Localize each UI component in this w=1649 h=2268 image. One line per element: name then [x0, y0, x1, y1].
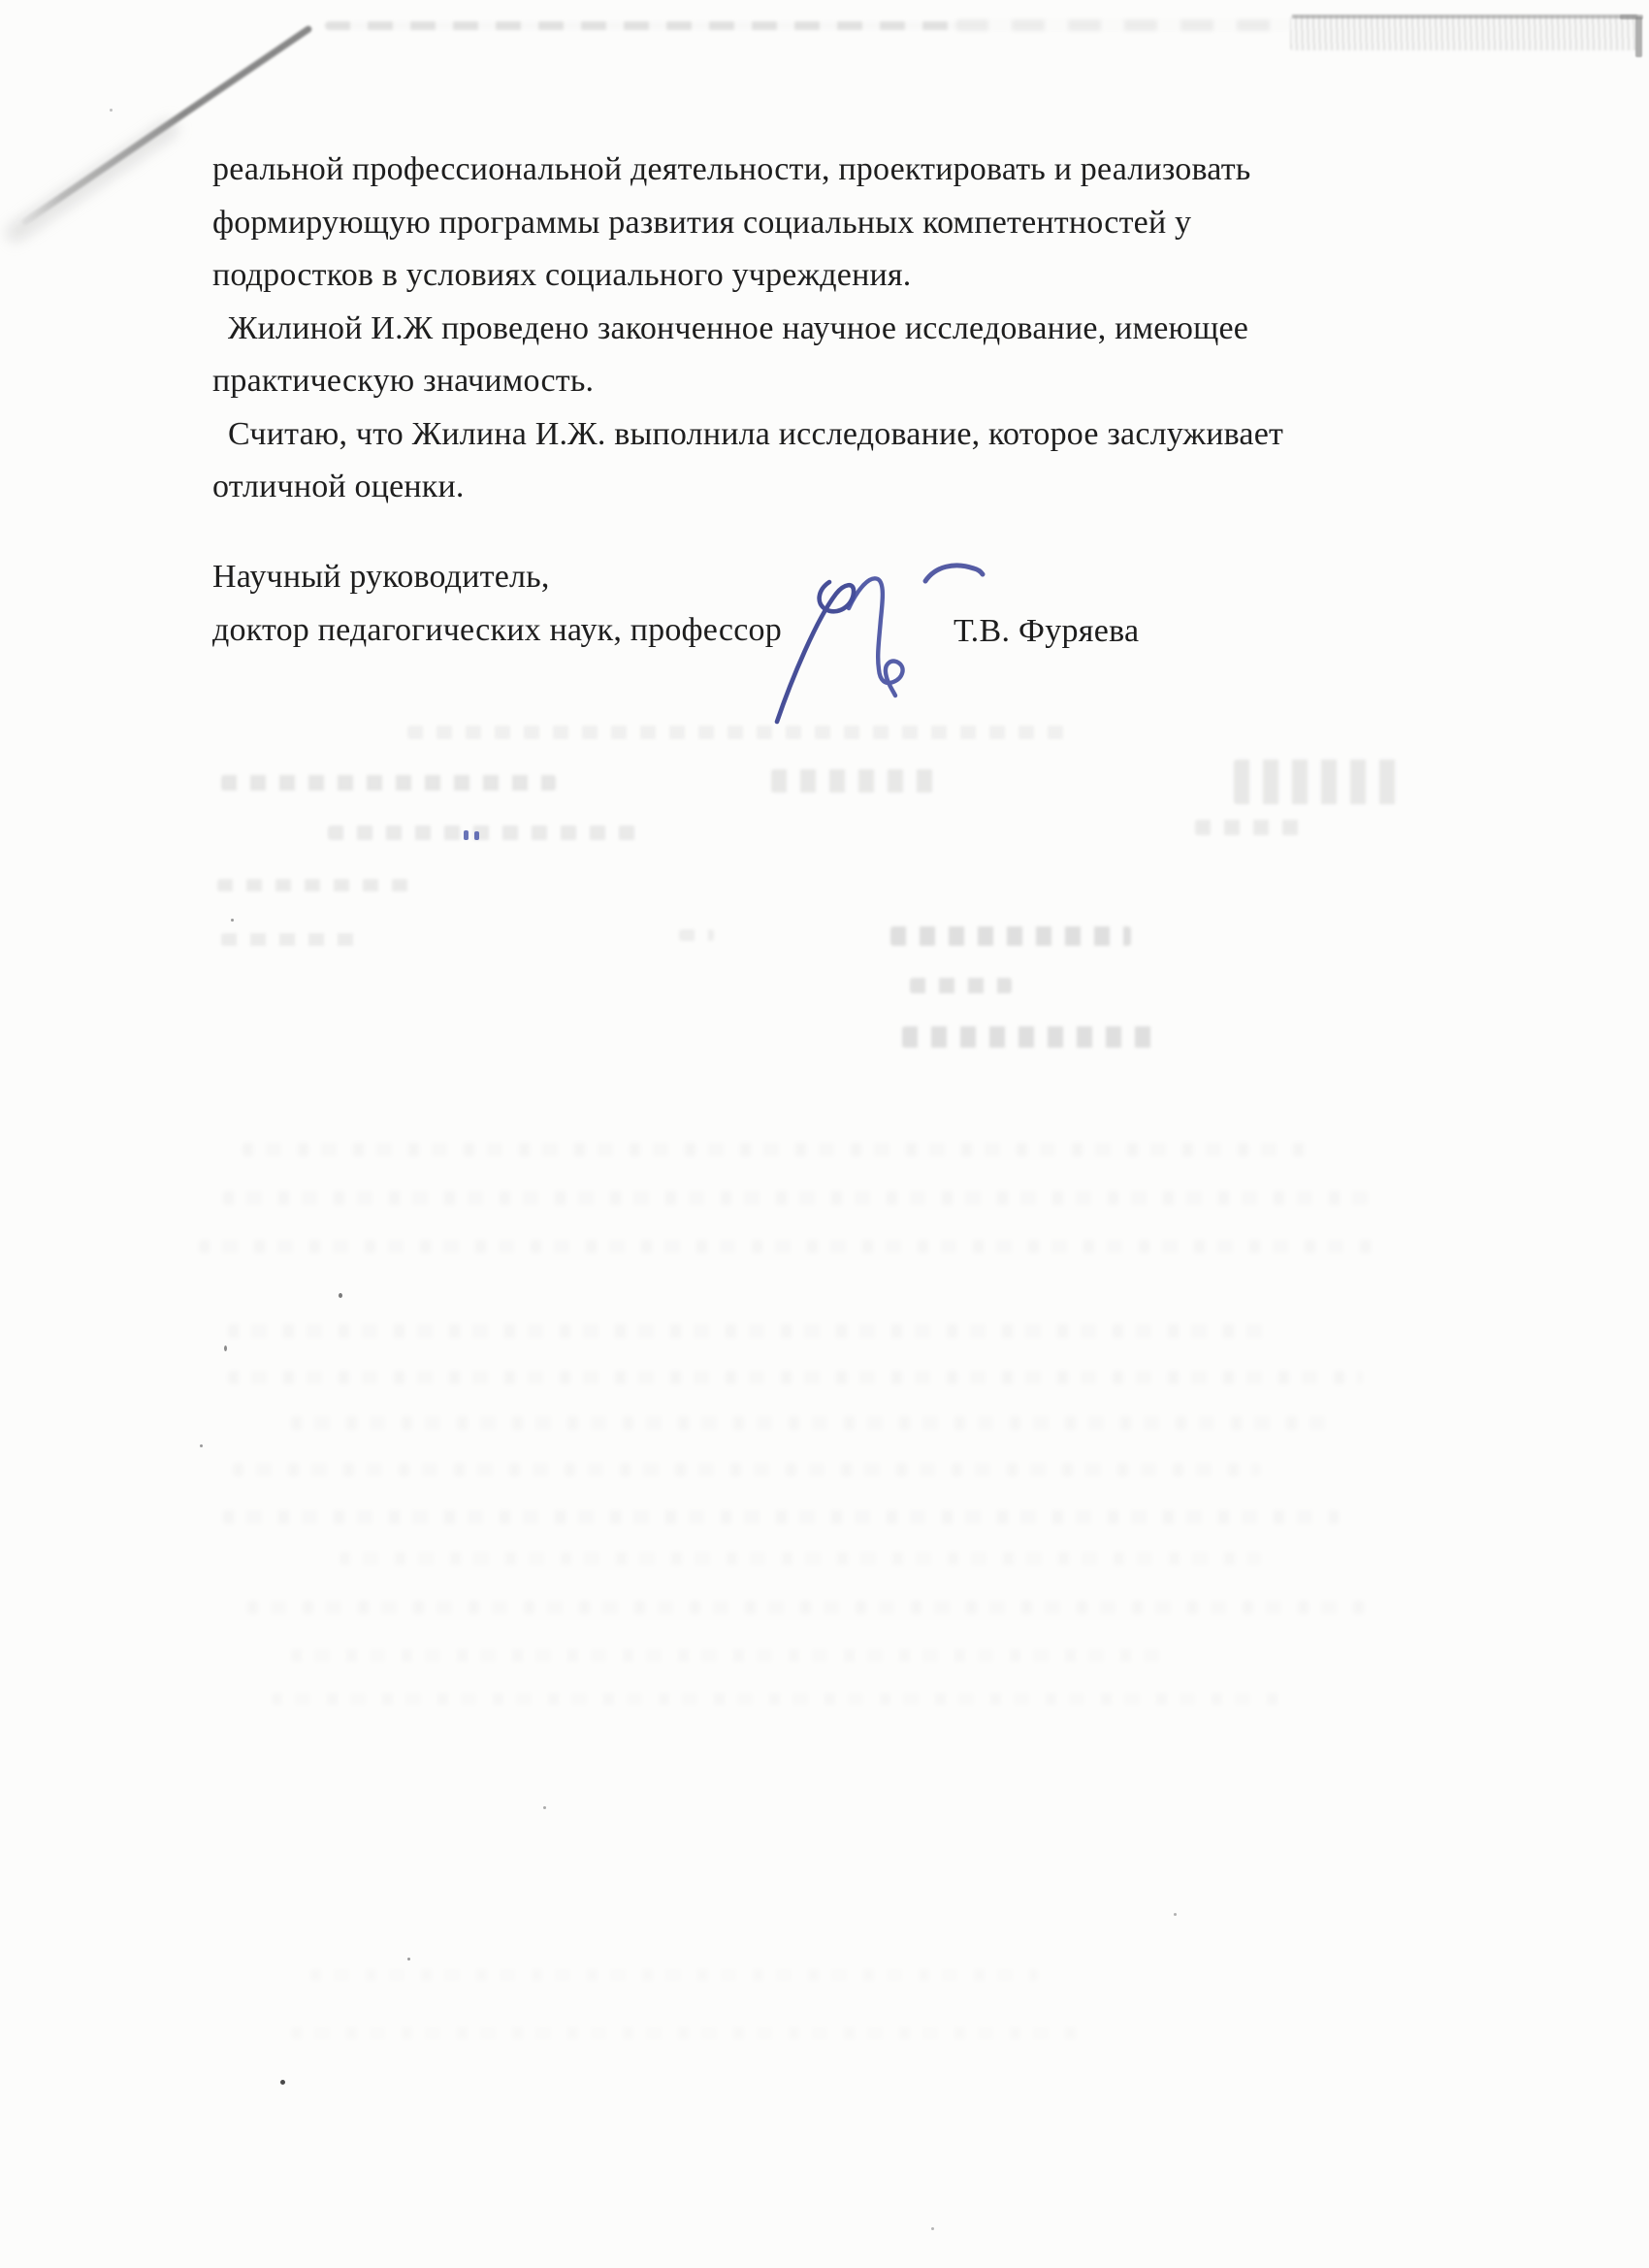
bleedthrough-smudge	[328, 826, 648, 840]
bleedthrough-noise	[228, 1371, 1363, 1384]
dust-speck	[543, 1806, 546, 1809]
dust-speck	[339, 1293, 342, 1298]
bleedthrough-noise	[199, 1240, 1382, 1253]
body-line: реальной профессиональной деятельности, …	[212, 144, 1241, 197]
signer-name: Т.В. Фуряева	[954, 605, 1139, 659]
signer-role-line: доктор педагогических наук, профессор	[212, 604, 782, 658]
bleedthrough-smudge	[902, 1026, 1159, 1048]
top-edge-streak	[955, 19, 1290, 31]
dust-speck	[1174, 1913, 1177, 1916]
bleedthrough-smudge	[221, 775, 556, 791]
bleedthrough-noise	[291, 2027, 1086, 2039]
dust-speck	[224, 1345, 227, 1351]
signature-role-block: Научный руководитель, доктор педагогичес…	[212, 551, 782, 657]
top-right-noise-edge	[1292, 15, 1637, 18]
bleedthrough-noise	[291, 1416, 1339, 1430]
bleedthrough-noise	[233, 1463, 1261, 1476]
bleedthrough-noise	[291, 1649, 1164, 1662]
bleedthrough-smudge	[890, 926, 1131, 946]
body-line: отличной оценки.	[212, 461, 1241, 514]
bleedthrough-smudge	[679, 929, 714, 941]
body-line: формирующую программы развития социальны…	[212, 197, 1241, 250]
bleedthrough-smudge	[910, 978, 1012, 993]
bleedthrough-noise	[223, 1191, 1368, 1205]
bleedthrough-smudge	[771, 769, 941, 793]
bleedthrough-smudge	[217, 879, 411, 891]
dust-speck	[280, 2080, 285, 2085]
document-body: реальной профессиональной деятельности, …	[212, 144, 1241, 514]
bleedthrough-smudge	[1234, 760, 1404, 804]
body-line: Жилиной И.Ж проведено законченное научно…	[212, 303, 1241, 356]
ink-speck	[464, 830, 469, 840]
crease-shadow-artifact	[3, 116, 181, 244]
bleedthrough-noise	[339, 1552, 1261, 1565]
bleedthrough-noise	[228, 1324, 1266, 1338]
dust-speck	[407, 1958, 410, 1960]
bleedthrough-noise	[310, 1969, 1038, 1981]
signer-role-line: Научный руководитель,	[212, 551, 782, 604]
body-line: подростков в условиях социального учрежд…	[212, 249, 1241, 303]
bleedthrough-noise	[223, 1510, 1339, 1524]
bleedthrough-noise	[242, 1143, 1309, 1156]
bleedthrough-smudge	[1195, 820, 1307, 835]
top-right-noise-patch	[1290, 16, 1637, 50]
top-edge-streak	[325, 21, 955, 30]
page-corner-mark	[1635, 16, 1642, 57]
body-line: Считаю, что Жилина И.Ж. выполнила исслед…	[212, 408, 1241, 462]
bleedthrough-smudge	[221, 933, 367, 946]
dust-speck	[200, 1444, 203, 1447]
bleedthrough-noise	[272, 1693, 1290, 1705]
ink-speck	[474, 831, 479, 840]
dust-speck	[231, 919, 234, 922]
page-corner-mark	[1620, 15, 1643, 19]
bleedthrough-smudge	[407, 726, 1067, 739]
scanned-document-page: реальной профессиональной деятельности, …	[0, 0, 1649, 2268]
bleedthrough-noise	[247, 1601, 1373, 1614]
dust-speck	[931, 2227, 934, 2230]
body-line: практическую значимость.	[212, 355, 1241, 408]
dust-speck	[110, 109, 113, 112]
